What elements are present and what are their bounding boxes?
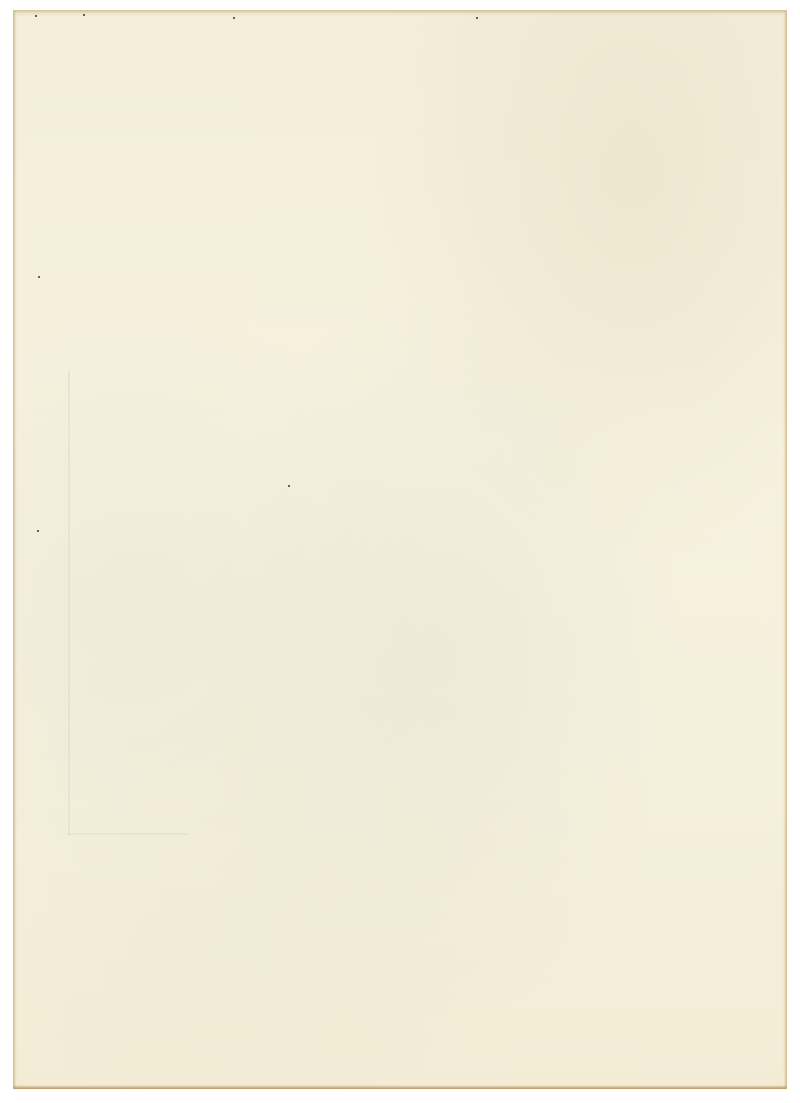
paper-top-edge bbox=[13, 10, 787, 16]
faint-show-through-line bbox=[68, 370, 70, 835]
speck bbox=[233, 17, 235, 19]
speck bbox=[476, 17, 478, 19]
canvas bbox=[0, 0, 800, 1103]
speck bbox=[37, 530, 39, 532]
faint-show-through-line-bottom bbox=[68, 833, 188, 835]
paper-bottom-edge bbox=[13, 1085, 787, 1089]
speck bbox=[83, 14, 85, 16]
speck bbox=[288, 485, 290, 487]
blank-paper-sheet bbox=[13, 10, 787, 1089]
speck bbox=[35, 15, 37, 17]
speck bbox=[38, 276, 40, 278]
